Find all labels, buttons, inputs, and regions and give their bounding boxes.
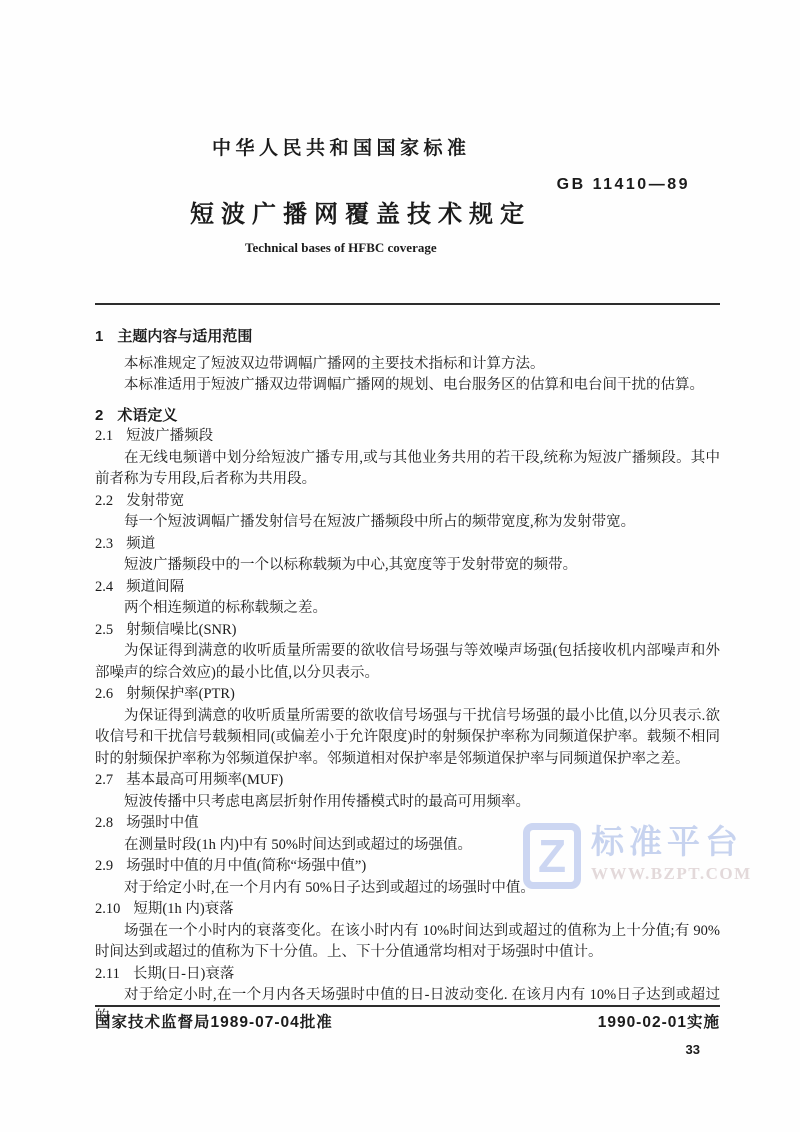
standard-document-page: Z 标准平台 WWW.BZPT.COM 中华人民共和国国家标准 GB 11410… <box>0 0 800 1132</box>
term-body: 在测量时段(1h 内)中有 50%时间达到或超过的场强值。 <box>95 835 720 857</box>
term-number: 2.10 <box>95 901 120 917</box>
term-number: 2.4 <box>95 579 113 595</box>
standard-code: GB 11410—89 <box>95 174 720 196</box>
approval-note: 国家技术监督局1989-07-04批准 <box>95 1013 333 1033</box>
term-number: 2.2 <box>95 493 113 509</box>
term-number: 2.9 <box>95 858 113 874</box>
term-body: 短波广播频段中的一个以标称载频为中心,其宽度等于发射带宽的频带。 <box>95 555 720 577</box>
page-number: 33 <box>686 1042 700 1057</box>
implementation-note: 1990-02-01实施 <box>598 1013 720 1033</box>
term-number: 2.1 <box>95 428 113 444</box>
term-2-10: 2.10短期(1h 内)衰落 场强在一个小时内的衰落变化。在该小时内有 10%时… <box>95 899 720 964</box>
term-body: 场强在一个小时内的衰落变化。在该小时内有 10%时间达到或超过的值称为上十分值;… <box>95 921 720 964</box>
term-title: 射频信噪比(SNR) <box>126 622 236 638</box>
chapter-1-paragraph: 本标准规定了短波双边带调幅广播网的主要技术指标和计算方法。 <box>95 354 720 376</box>
standard-title-zh: 短波广播网覆盖技术规定 <box>95 198 720 232</box>
term-number: 2.5 <box>95 622 113 638</box>
term-number: 2.3 <box>95 536 113 552</box>
term-heading: 2.11长期(日-日)衰落 <box>95 964 720 986</box>
standard-org-title: 中华人民共和国国家标准 <box>95 136 720 162</box>
chapter-1-heading: 1主题内容与适用范围 <box>95 326 720 348</box>
term-2-4: 2.4频道间隔 两个相连频道的标称载频之差。 <box>95 577 720 620</box>
term-body: 每一个短波调幅广播发射信号在短波广播频段中所占的频带宽度,称为发射带宽。 <box>95 512 720 534</box>
term-title: 长期(日-日)衰落 <box>133 966 235 982</box>
chapter-1-paragraph: 本标准适用于短波广播双边带调幅广播网的规划、电台服务区的估算和电台间干扰的估算。 <box>95 375 720 397</box>
chapter-2-number: 2 <box>95 407 103 424</box>
term-2-6: 2.6射频保护率(PTR) 为保证得到满意的收听质量所需要的欲收信号场强与干扰信… <box>95 684 720 770</box>
standard-title-en: Technical bases of HFBC coverage <box>95 240 720 256</box>
term-2-9: 2.9场强时中值的月中值(简称“场强中值”) 对于给定小时,在一个月内有 50%… <box>95 856 720 899</box>
term-2-2: 2.2发射带宽 每一个短波调幅广播发射信号在短波广播频段中所占的频带宽度,称为发… <box>95 491 720 534</box>
term-2-8: 2.8场强时中值 在测量时段(1h 内)中有 50%时间达到或超过的场强值。 <box>95 813 720 856</box>
term-2-1: 2.1短波广播频段 在无线电频谱中划分给短波广播专用,或与其他业务共用的若干段,… <box>95 426 720 491</box>
term-heading: 2.8场强时中值 <box>95 813 720 835</box>
chapter-2-heading: 2术语定义 <box>95 405 720 427</box>
term-title: 场强时中值的月中值(简称“场强中值”) <box>126 858 366 874</box>
term-title: 射频保护率(PTR) <box>126 686 235 702</box>
term-body: 两个相连频道的标称载频之差。 <box>95 598 720 620</box>
chapter-2-title: 术语定义 <box>117 407 177 424</box>
term-title: 短期(1h 内)衰落 <box>133 901 233 917</box>
term-title: 短波广播频段 <box>126 428 213 444</box>
term-title: 基本最高可用频率(MUF) <box>126 772 283 788</box>
term-heading: 2.5射频信噪比(SNR) <box>95 620 720 642</box>
term-2-3: 2.3频道 短波广播频段中的一个以标称载频为中心,其宽度等于发射带宽的频带。 <box>95 534 720 577</box>
term-title: 频道间隔 <box>126 579 184 595</box>
document-footer: 国家技术监督局1989-07-04批准 1990-02-01实施 <box>95 1005 720 1033</box>
footer-divider <box>95 1005 720 1007</box>
term-body: 为保证得到满意的收听质量所需要的欲收信号场强与等效噪声场强(包括接收机内部噪声和… <box>95 641 720 684</box>
term-number: 2.11 <box>95 966 120 982</box>
header-divider <box>95 303 720 305</box>
term-body: 为保证得到满意的收听质量所需要的欲收信号场强与干扰信号场强的最小比值,以分贝表示… <box>95 706 720 771</box>
document-content: 中华人民共和国国家标准 GB 11410—89 短波广播网覆盖技术规定 Tech… <box>0 0 800 1028</box>
term-heading: 2.4频道间隔 <box>95 577 720 599</box>
term-number: 2.7 <box>95 772 113 788</box>
term-number: 2.6 <box>95 686 113 702</box>
term-body: 短波传播中只考虑电离层折射作用传播模式时的最高可用频率。 <box>95 792 720 814</box>
term-number: 2.8 <box>95 815 113 831</box>
term-title: 频道 <box>126 536 155 552</box>
term-heading: 2.10短期(1h 内)衰落 <box>95 899 720 921</box>
term-title: 发射带宽 <box>126 493 184 509</box>
term-title: 场强时中值 <box>126 815 199 831</box>
term-heading: 2.3频道 <box>95 534 720 556</box>
term-2-7: 2.7基本最高可用频率(MUF) 短波传播中只考虑电离层折射作用传播模式时的最高… <box>95 770 720 813</box>
term-heading: 2.2发射带宽 <box>95 491 720 513</box>
term-heading: 2.7基本最高可用频率(MUF) <box>95 770 720 792</box>
chapter-1-title: 主题内容与适用范围 <box>117 328 252 345</box>
term-2-5: 2.5射频信噪比(SNR) 为保证得到满意的收听质量所需要的欲收信号场强与等效噪… <box>95 620 720 685</box>
term-heading: 2.1短波广播频段 <box>95 426 720 448</box>
term-body: 在无线电频谱中划分给短波广播专用,或与其他业务共用的若干段,统称为短波广播频段。… <box>95 448 720 491</box>
chapter-1-number: 1 <box>95 328 103 345</box>
term-body: 对于给定小时,在一个月内有 50%日子达到或超过的场强时中值。 <box>95 878 720 900</box>
term-heading: 2.9场强时中值的月中值(简称“场强中值”) <box>95 856 720 878</box>
term-heading: 2.6射频保护率(PTR) <box>95 684 720 706</box>
